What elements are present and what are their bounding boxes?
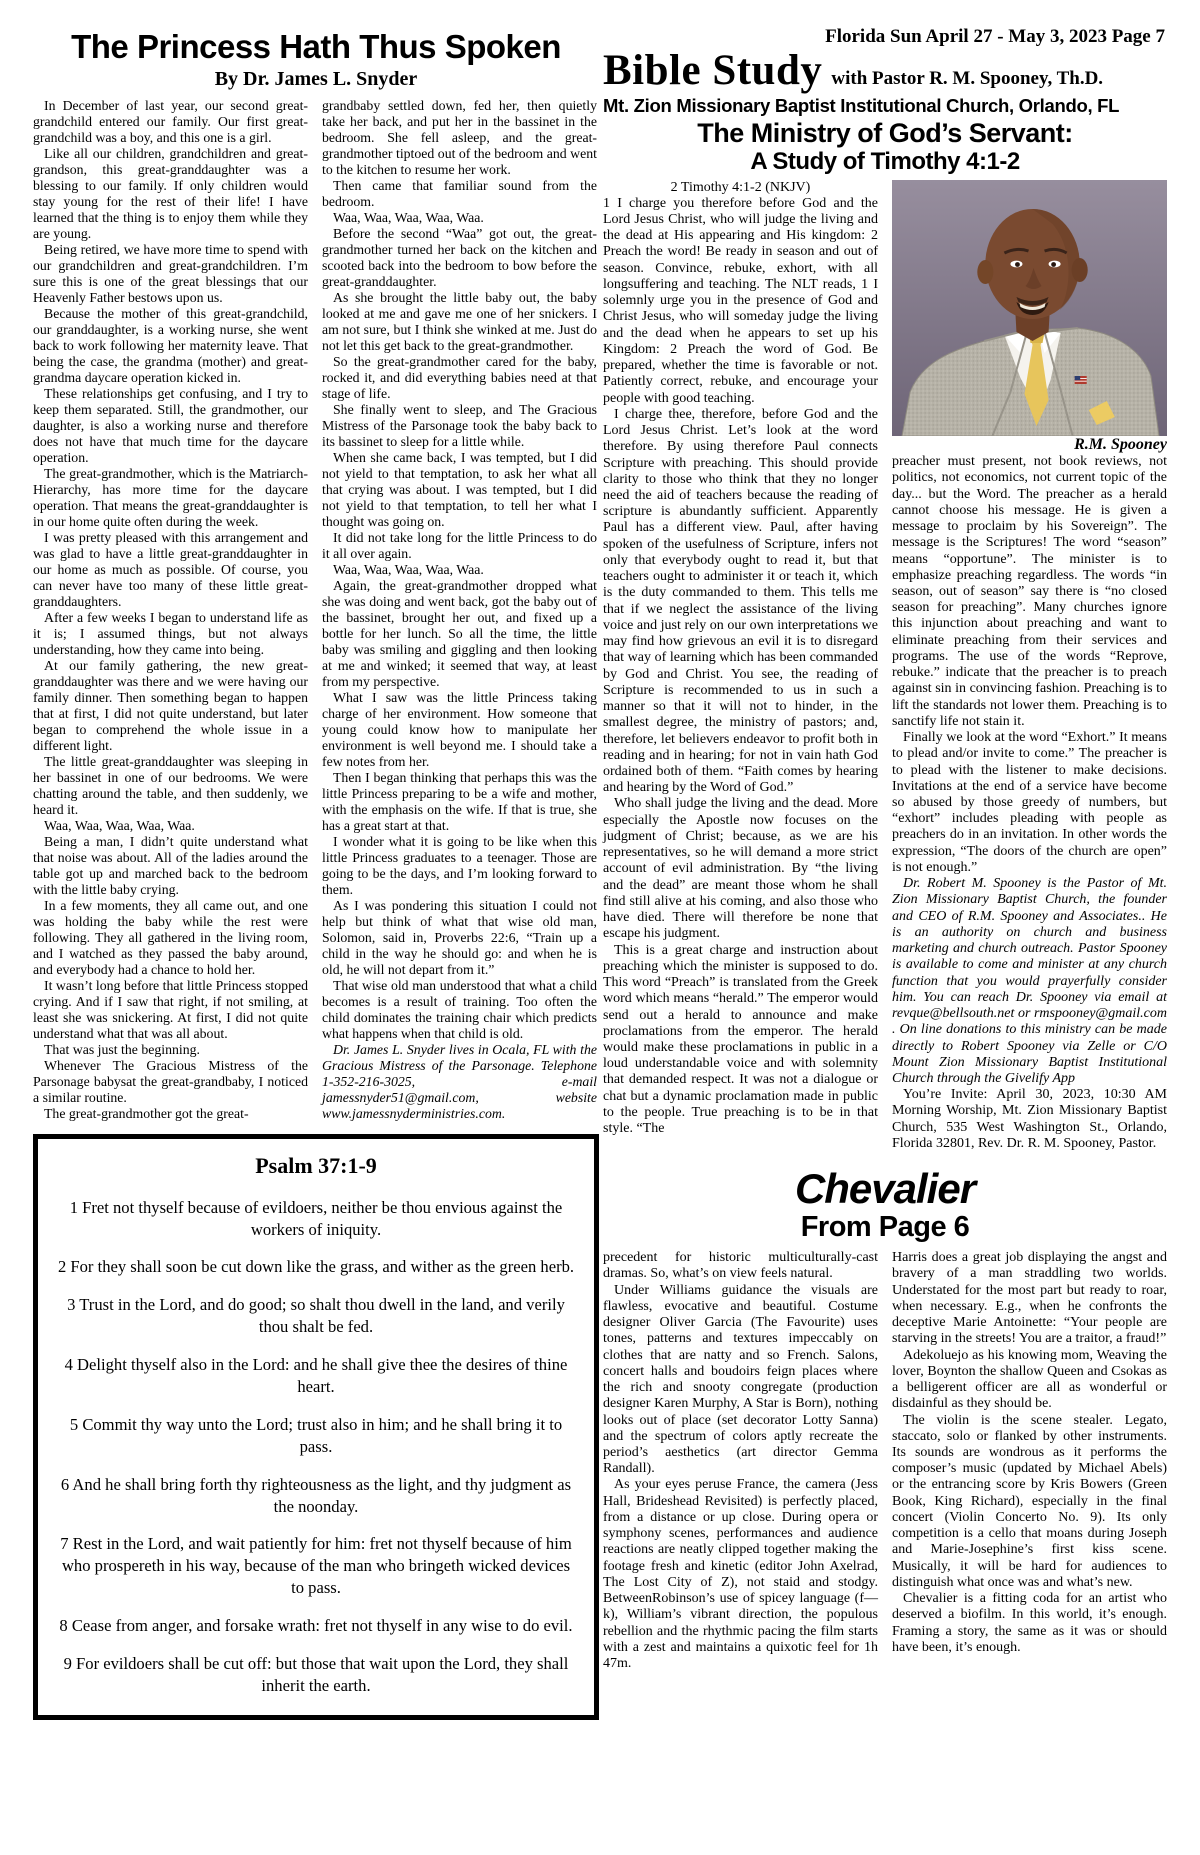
paragraph: These relationships get confusing, and I…: [33, 386, 308, 466]
pastor-photo: [892, 180, 1167, 436]
chevalier-columns: precedent for historic multiculturally-c…: [603, 1250, 1167, 1672]
paragraph: Under Williams guidance the visuals are …: [603, 1283, 878, 1478]
bible-columns: 2 Timothy 4:1-2 (NKJV) 1 I charge you th…: [603, 180, 1167, 1153]
princess-column-2: grandbaby settled down, fed her, then qu…: [322, 98, 597, 1122]
psalm-verse: 6 And he shall bring forth thy righteous…: [54, 1474, 578, 1518]
paragraph: Before the second “Waa” got out, the gre…: [322, 226, 597, 290]
paragraph: I charge thee, therefore, before God and…: [603, 407, 878, 797]
service-invite: You’re Invite: April 30, 2023, 10:30 AM …: [892, 1087, 1167, 1152]
psalm-verse: 5 Commit thy way unto the Lord; trust al…: [54, 1414, 578, 1458]
chevalier-title: Chevalier: [603, 1168, 1167, 1210]
paragraph: I wonder what it is going to be like whe…: [322, 834, 597, 898]
paragraph: As your eyes peruse France, the camera (…: [603, 1477, 878, 1672]
paragraph: After a few weeks I began to understand …: [33, 610, 308, 658]
paragraph: In December of last year, our second gre…: [33, 98, 308, 146]
left-page-region: The Princess Hath Thus Spoken By Dr. Jam…: [33, 30, 599, 1720]
paragraph: As she brought the little baby out, the …: [322, 290, 597, 354]
psalm-verse: 7 Rest in the Lord, and wait patiently f…: [54, 1533, 578, 1599]
paragraph: grandbaby settled down, fed her, then qu…: [322, 98, 597, 178]
paragraph: Chevalier is a fitting coda for an artis…: [892, 1591, 1167, 1656]
paragraph: 1 I charge you therefore before God and …: [603, 196, 878, 407]
psalm-title: Psalm 37:1-9: [54, 1153, 578, 1179]
psalm-verse: 9 For evildoers shall be cut off: but th…: [54, 1653, 578, 1697]
paragraph: Then I began thinking that perhaps this …: [322, 770, 597, 834]
paragraph: As I was pondering this situation I coul…: [322, 898, 597, 978]
paragraph: Because the mother of this great-grandch…: [33, 306, 308, 386]
paragraph: This is a great charge and instruction a…: [603, 943, 878, 1138]
paragraph: It did not take long for the little Prin…: [322, 530, 597, 562]
sermon-headline-1: The Ministry of God’s Servant:: [603, 119, 1167, 148]
paragraph: It wasn’t long before that little Prince…: [33, 978, 308, 1042]
scripture-reference: 2 Timothy 4:1-2 (NKJV): [603, 180, 878, 196]
paragraph: So the great-grandmother cared for the b…: [322, 354, 597, 402]
paragraph: preacher must present, not book reviews,…: [892, 454, 1167, 730]
chevalier-column-2: Harris does a great job displaying the a…: [892, 1250, 1167, 1672]
paragraph: Waa, Waa, Waa, Waa, Waa.: [33, 818, 308, 834]
psalm-verse: 1 Fret not thyself because of evildoers,…: [54, 1197, 578, 1241]
paragraph: The little great-granddaughter was sleep…: [33, 754, 308, 818]
psalm-box: Psalm 37:1-9 1 Fret not thyself because …: [33, 1134, 599, 1720]
bible-study-pastor: with Pastor R. M. Spooney, Th.D.: [831, 68, 1103, 89]
article-headline: The Princess Hath Thus Spoken: [33, 30, 599, 65]
paragraph: She finally went to sleep, and The Graci…: [322, 402, 597, 450]
paragraph: The violin is the scene stealer. Legato,…: [892, 1413, 1167, 1592]
psalm-verse: 3 Trust in the Lord, and do good; so sha…: [54, 1294, 578, 1338]
bible-study-masthead: Bible Studywith Pastor R. M. Spooney, Th…: [603, 48, 1167, 93]
paragraph: Again, the great-grandmother dropped wha…: [322, 578, 597, 690]
paragraph: The great-grandmother got the great-: [33, 1106, 308, 1122]
bible-column-b: R.M. Spooney preacher must present, not …: [892, 180, 1167, 1153]
paragraph: That was just the beginning.: [33, 1042, 308, 1058]
psalm-verse: 2 For they shall soon be cut down like t…: [54, 1256, 578, 1278]
page-header: Florida Sun April 27 - May 3, 2023 Page …: [603, 26, 1165, 48]
paragraph: Who shall judge the living and the dead.…: [603, 796, 878, 942]
paragraph: Adekoluejo as his knowing mom, Weaving t…: [892, 1348, 1167, 1413]
paragraph: Finally we look at the word “Exhort.” It…: [892, 730, 1167, 876]
newspaper-page: The Princess Hath Thus Spoken By Dr. Jam…: [0, 0, 1200, 1855]
pastor-bio: Dr. Robert M. Spooney is the Pastor of M…: [892, 876, 1167, 1087]
princess-article: The Princess Hath Thus Spoken By Dr. Jam…: [33, 30, 599, 1122]
bible-column-a: 2 Timothy 4:1-2 (NKJV) 1 I charge you th…: [603, 180, 878, 1153]
princess-column-1: In December of last year, our second gre…: [33, 98, 308, 1122]
paragraph: Being a man, I didn’t quite understand w…: [33, 834, 308, 898]
author-bio: Dr. James L. Snyder lives in Ocala, FL w…: [322, 1042, 597, 1122]
paragraph: That wise old man understood that what a…: [322, 978, 597, 1042]
paragraph: Whenever The Gracious Mistress of the Pa…: [33, 1058, 308, 1106]
right-page-region: Florida Sun April 27 - May 3, 2023 Page …: [603, 26, 1167, 1672]
paragraph: Like all our children, grandchildren and…: [33, 146, 308, 242]
photo-caption: R.M. Spooney: [892, 436, 1167, 455]
paragraph: Harris does a great job displaying the a…: [892, 1250, 1167, 1347]
paragraph: Then came that familiar sound from the b…: [322, 178, 597, 210]
paragraph: I was pretty pleased with this arrangeme…: [33, 530, 308, 610]
paragraph: Waa, Waa, Waa, Waa, Waa.: [322, 562, 597, 578]
paragraph: In a few moments, they all came out, and…: [33, 898, 308, 978]
sermon-headline-2: A Study of Timothy 4:1-2: [603, 149, 1167, 175]
psalm-verse: 8 Cease from anger, and forsake wrath: f…: [54, 1615, 578, 1637]
church-line: Mt. Zion Missionary Baptist Institutiona…: [603, 96, 1167, 116]
psalm-verse: 4 Delight thyself also in the Lord: and …: [54, 1354, 578, 1398]
paragraph: Waa, Waa, Waa, Waa, Waa.: [322, 210, 597, 226]
bible-study-title: Bible Study: [603, 47, 822, 94]
paragraph: Being retired, we have more time to spen…: [33, 242, 308, 306]
paragraph: precedent for historic multiculturally-c…: [603, 1250, 878, 1282]
chevalier-header: Chevalier From Page 6: [603, 1168, 1167, 1242]
chevalier-continued-from: From Page 6: [603, 1213, 1167, 1242]
pastor-portrait-illustration: [892, 180, 1167, 436]
paragraph: The great-grandmother, which is the Matr…: [33, 466, 308, 530]
paragraph: What I saw was the little Princess takin…: [322, 690, 597, 770]
article-byline: By Dr. James L. Snyder: [33, 68, 599, 91]
chevalier-column-1: precedent for historic multiculturally-c…: [603, 1250, 878, 1672]
princess-columns: In December of last year, our second gre…: [33, 98, 599, 1122]
paragraph: When she came back, I was tempted, but I…: [322, 450, 597, 530]
paragraph: At our family gathering, the new great-g…: [33, 658, 308, 754]
